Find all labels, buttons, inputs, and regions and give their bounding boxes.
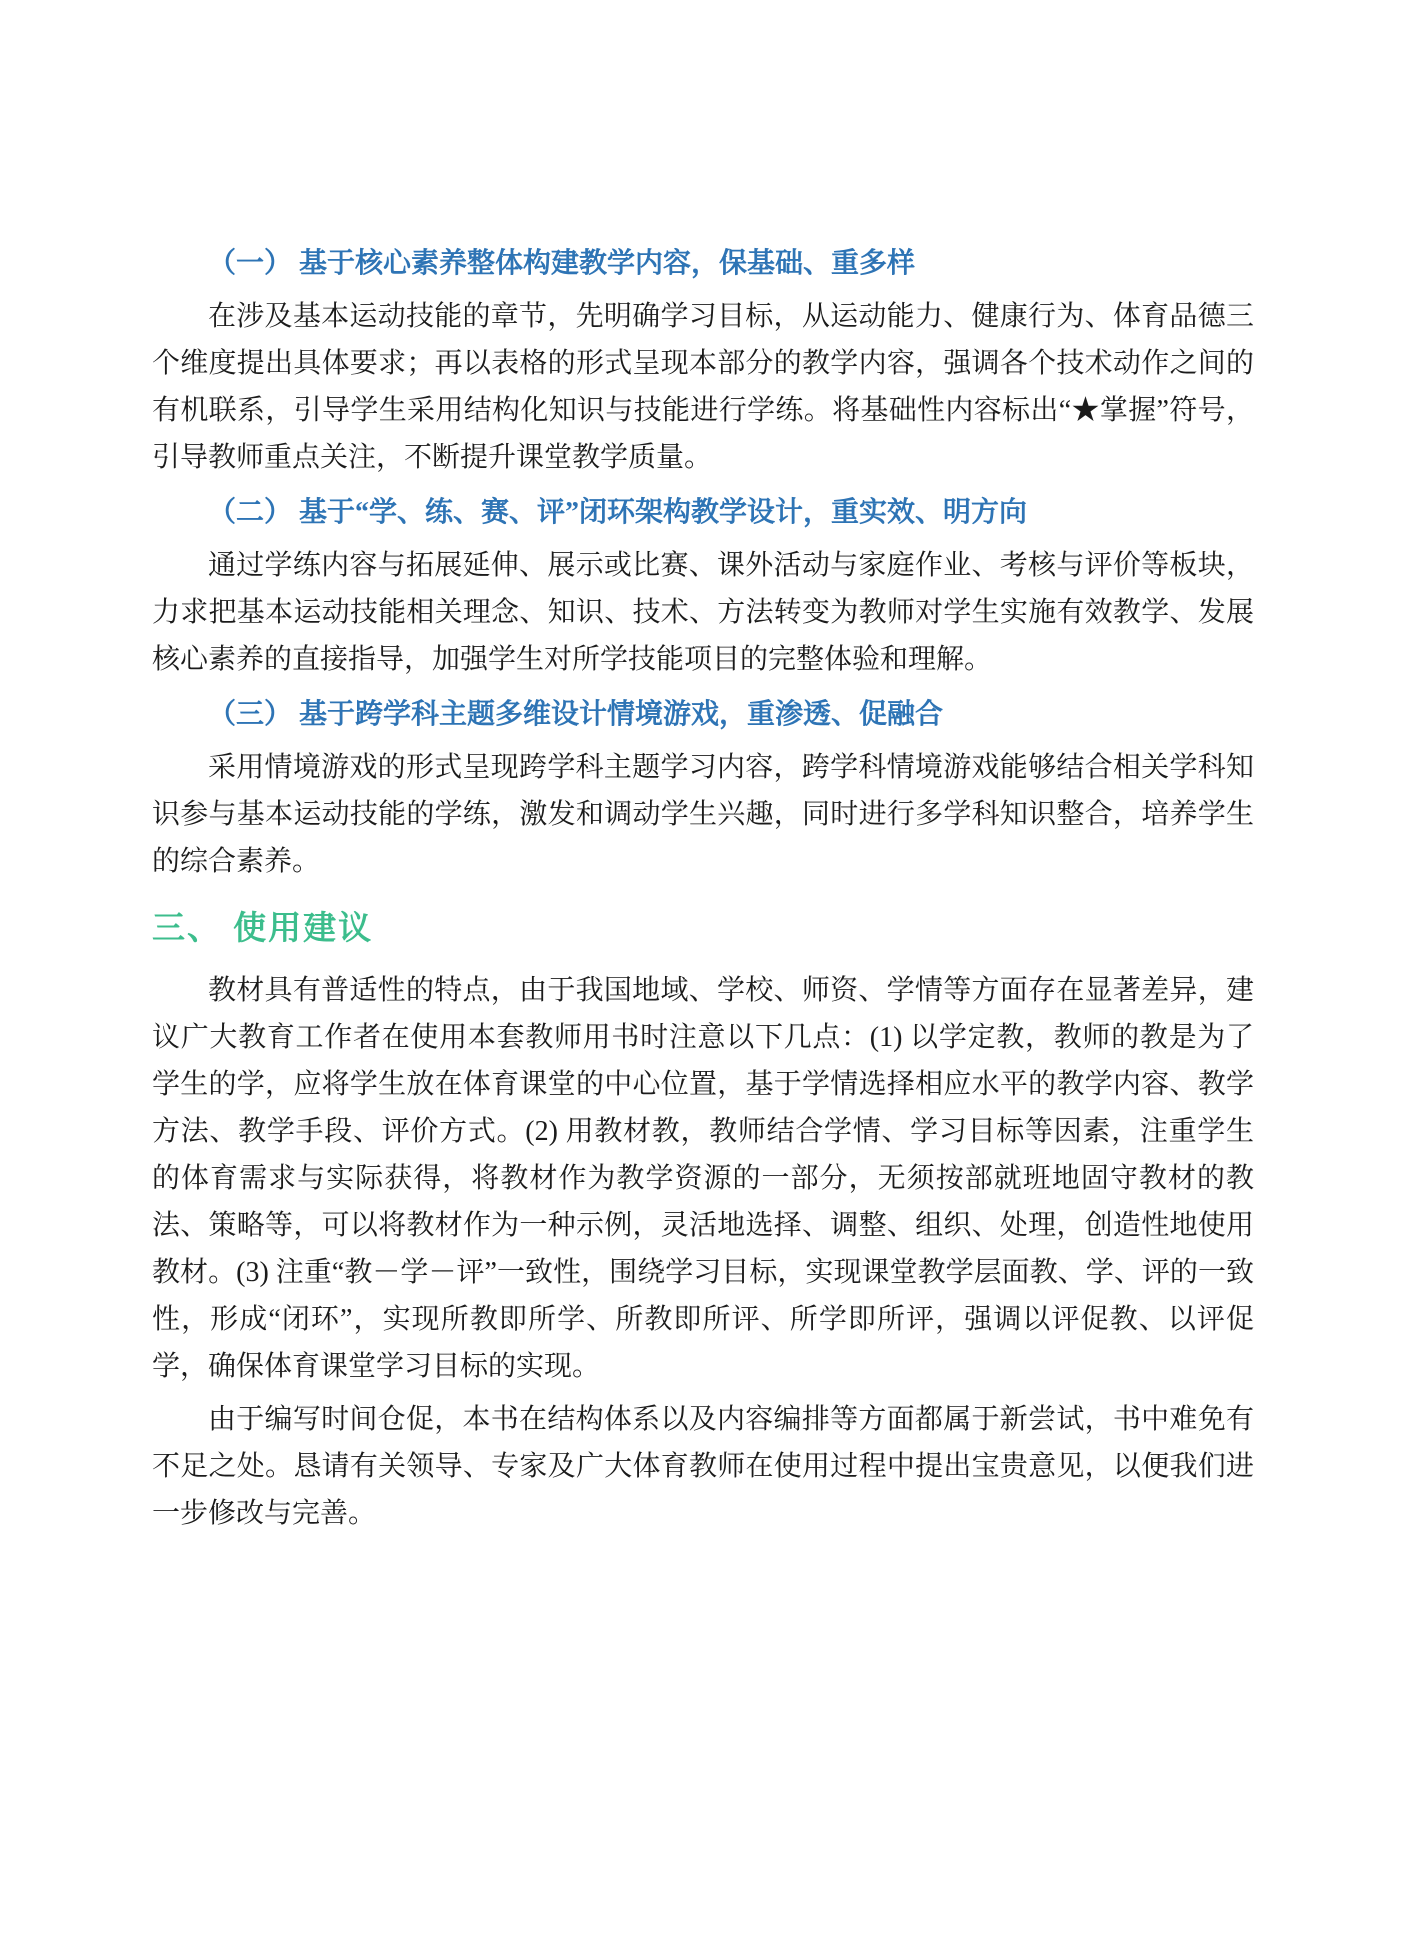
section-heading-usage-suggestions: 三、 使用建议 [152, 903, 1254, 953]
paragraph-closed-loop-design: 通过学练内容与拓展延伸、展示或比赛、课外活动与家庭作业、考核与评价等板块，力求把… [152, 542, 1254, 683]
paragraph-interdisciplinary-games: 采用情境游戏的形式呈现跨学科主题学习内容，跨学科情境游戏能够结合相关学科知识参与… [152, 744, 1254, 885]
document-page: （一） 基于核心素养整体构建教学内容，保基础、重多样 在涉及基本运动技能的章节，… [0, 0, 1401, 1933]
subheading-interdisciplinary-games: （三） 基于跨学科主题多维设计情境游戏，重渗透、促融合 [152, 691, 1254, 738]
paragraph-core-literacy: 在涉及基本运动技能的章节，先明确学习目标，从运动能力、健康行为、体育品德三个维度… [152, 293, 1254, 481]
subheading-closed-loop-design: （二） 基于“学、练、赛、评”闭环架构教学设计，重实效、明方向 [152, 489, 1254, 536]
paragraph-closing-remarks: 由于编写时间仓促，本书在结构体系以及内容编排等方面都属于新尝试，书中难免有不足之… [152, 1396, 1254, 1537]
paragraph-usage-suggestions: 教材具有普适性的特点，由于我国地域、学校、师资、学情等方面存在显著差异，建议广大… [152, 967, 1254, 1390]
subheading-core-literacy: （一） 基于核心素养整体构建教学内容，保基础、重多样 [152, 240, 1254, 287]
text-column: （一） 基于核心素养整体构建教学内容，保基础、重多样 在涉及基本运动技能的章节，… [152, 240, 1254, 1537]
